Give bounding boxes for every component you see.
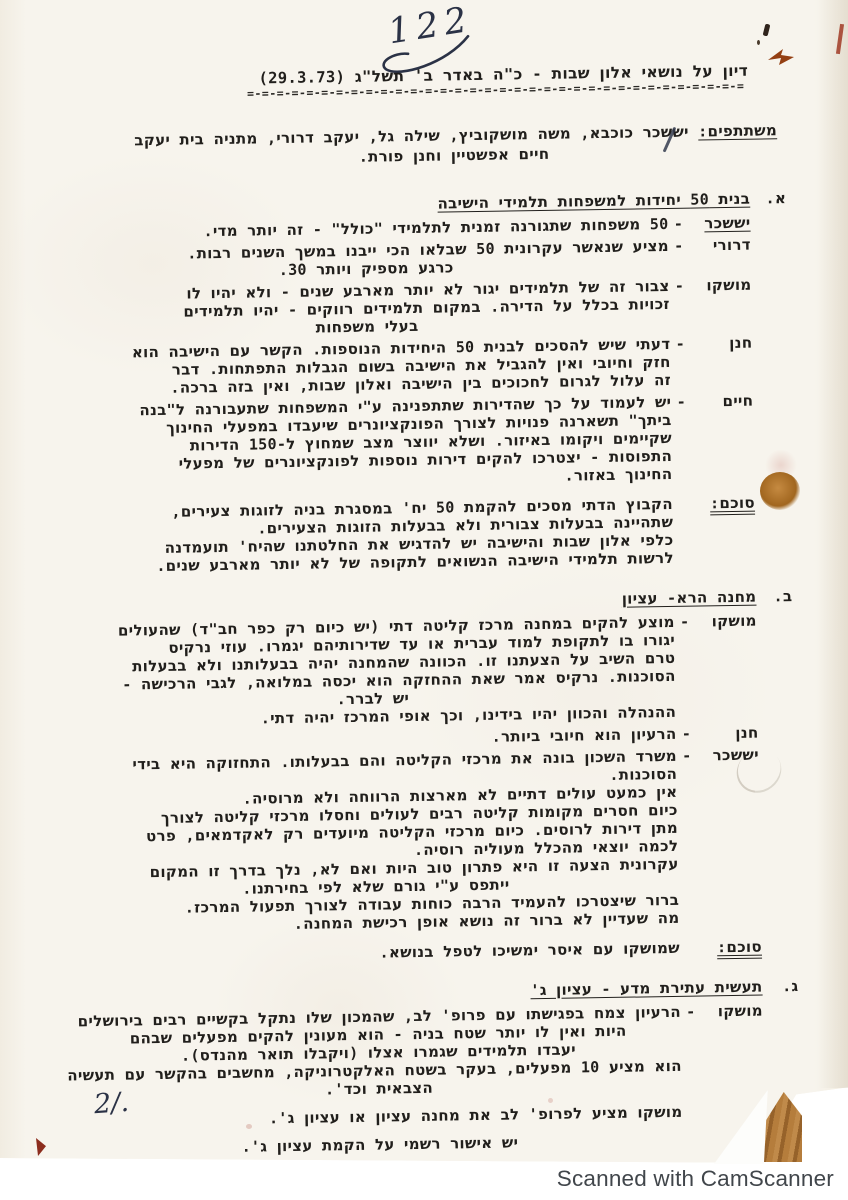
dash-separator <box>680 939 700 957</box>
speaker-item: דרורי-מציע שנאשר עקרונית 50 שבלאו הכי יי… <box>63 236 751 283</box>
text-line: מושקו מציע לפרופ' לב את מחנה עציון או עצ… <box>76 1103 682 1131</box>
section: א.בנית 50 יחידות למשפחות תלמידי הישיבהיש… <box>62 190 756 577</box>
handwritten-footer-number: 2/. <box>93 1087 130 1120</box>
dash-separator: - <box>669 277 690 331</box>
dash-separator <box>673 495 694 567</box>
speaker-item: חנן-דעתי שיש להסכים לבנית 50 היחידות הנו… <box>64 334 753 399</box>
ink-speck <box>757 40 760 45</box>
participants-block: משתתפים: יששכר כוכבא, משה מושקוביץ, שילה… <box>61 121 778 170</box>
participants-label: משתתפים: <box>698 121 777 140</box>
section-heading: מחנה הרא- עציון <box>68 588 756 617</box>
item-text: יש לעמוד על כך שהדירות שתתפנינה ע"י המשפ… <box>65 393 672 493</box>
section-letter: ב. <box>773 587 792 605</box>
dash-separator: - <box>669 237 690 273</box>
item-text: משרד השכון בונה את מרכזי הקליטה והם בבעל… <box>71 747 680 936</box>
section-letter: ג. <box>782 977 799 995</box>
speaker-name: יששכר <box>688 214 750 233</box>
participants-names: יששכר כוכבא, משה מושקוביץ, שילה גל, יעקב… <box>134 123 689 150</box>
dash-separator: - <box>675 613 697 721</box>
speaker-name: יששכר <box>697 746 762 927</box>
summary-item: סוכם:הקבוץ הדתי מסכים להקמת 50 יח' במסגר… <box>67 494 756 577</box>
item-text: הרעיון צמח בפגישתו עם פרופ' לב, שהמכון ש… <box>75 1003 683 1159</box>
section-heading: תעשית עתירת מדע - עציון ג' <box>74 978 762 1007</box>
speaker-name: חנן <box>696 724 758 743</box>
item-text: שמושקו עם איסר ימשיכו לטפל בנושא. <box>74 939 680 967</box>
dash-separator: - <box>676 725 696 743</box>
paper-edge-shadow <box>818 0 848 1088</box>
speaker-name: מושקו <box>695 612 759 721</box>
speaker-item: יששכר-משרד השכון בונה את מרכזי הקליטה וה… <box>71 746 762 937</box>
coffee-stain <box>760 472 800 510</box>
dash-separator: - <box>668 215 688 233</box>
speaker-name: חיים <box>691 392 754 483</box>
dash-separator: - <box>677 747 700 927</box>
speaker-name: מושקו <box>689 276 752 331</box>
speaker-name: סוכם: <box>693 494 756 567</box>
item-text: צבור זה של תלמידים יגור לא יותר מארבע שנ… <box>63 277 670 341</box>
camscanner-credit: Scanned with CamScanner <box>557 1166 834 1192</box>
speaker-name: חנן <box>690 334 753 389</box>
section-letter: א. <box>765 189 786 207</box>
dash-separator: - <box>681 1003 703 1149</box>
rust-arrow-mark <box>766 46 796 72</box>
speaker-name: דרורי <box>689 236 752 273</box>
speaker-name: סוכם: <box>700 938 762 957</box>
item-text: מוצע להקים במחנה מרכז קליטה דתי (יש כיום… <box>69 613 677 731</box>
typed-document: דיון על נושאי אלון שבות - כ"ה באדר ב' תש… <box>60 62 765 1181</box>
section: ג.תעשית עתירת מדע - עציון ג'מושקו-הרעיון… <box>74 978 765 1159</box>
sections: א.בנית 50 יחידות למשפחות תלמידי הישיבהיש… <box>62 190 765 1159</box>
item-text: מציע שנאשר עקרונית 50 שבלאו הכי ייבנו במ… <box>63 237 669 283</box>
item-text: הקבוץ הדתי מסכים להקמת 50 יח' במסגרת בני… <box>67 495 674 577</box>
section-heading: בנית 50 יחידות למשפחות תלמידי הישיבה <box>62 190 750 219</box>
item-text: דעתי שיש להסכים לבנית 50 היחידות הנוספות… <box>64 335 671 399</box>
summary-item: סוכם:שמושקו עם איסר ימשיכו לטפל בנושא. <box>74 938 762 967</box>
speaker-item: מושקו-הרעיון צמח בפגישתו עם פרופ' לב, שה… <box>75 1002 765 1159</box>
speaker-item: מושקו-מוצע להקים במחנה מרכז קליטה דתי (י… <box>69 612 759 731</box>
text-line: שמושקו עם איסר ימשיכו לטפל בנושא. <box>74 939 680 967</box>
dash-separator: - <box>671 393 692 483</box>
text-line: יש אישור רשמי על הקמת עציון ג'. <box>77 1131 683 1159</box>
section: ב.מחנה הרא- עציוןמושקו-מוצע להקים במחנה … <box>68 588 762 967</box>
scanned-page: 122 דיון על נושאי אלון שבות - כ"ה באדר ב… <box>0 0 848 1200</box>
speaker-item: חיים-יש לעמוד על כך שהדירות שתתפנינה ע"י… <box>65 392 754 493</box>
dash-separator: - <box>670 335 691 389</box>
speaker-item: מושקו-צבור זה של תלמידים יגור לא יותר מא… <box>63 276 752 341</box>
